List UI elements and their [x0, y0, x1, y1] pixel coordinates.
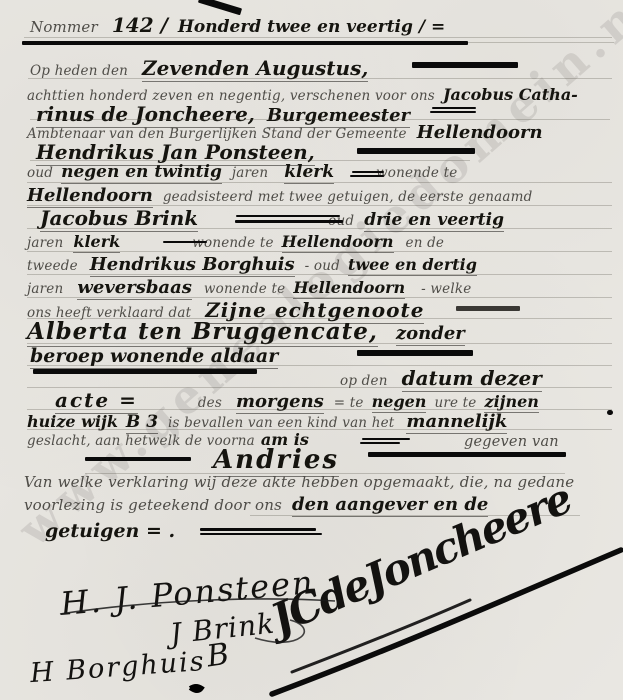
- ruled-line: [28, 78, 612, 79]
- form-text: jaren: [232, 165, 268, 181]
- ink-dash: [350, 175, 384, 177]
- ink-dash: [430, 111, 476, 113]
- form-text: tweede: [27, 258, 78, 274]
- ruled-line: [30, 160, 470, 161]
- witnesses-word: getuigen = .: [45, 520, 175, 543]
- ruled-line: [27, 251, 612, 252]
- label-nommer: Nommer: [30, 18, 98, 36]
- closing-line-3: getuigen = .: [45, 520, 175, 543]
- form-text: wonende te: [192, 235, 273, 251]
- form-text: - welke: [421, 281, 471, 297]
- form-text: gegeven van: [464, 434, 559, 450]
- form-text: wonende te: [376, 165, 457, 181]
- witness2-age: twee en dertig: [348, 255, 477, 276]
- witness1-residence-line: jaren klerk wonende te Hellendoorn en de: [27, 232, 444, 253]
- ink-dash: [362, 438, 410, 440]
- witness1-profession: klerk: [73, 232, 120, 253]
- witness1-residence: Hellendoorn: [282, 232, 394, 253]
- ink-dot: [607, 410, 613, 415]
- ink-bar: [33, 369, 257, 374]
- act-number-line: Nommer 142 / Honderd twee en veertig / =: [30, 13, 445, 38]
- ink-bar: [412, 62, 518, 68]
- ruled-line: [27, 343, 612, 344]
- child-sex: mannelijk: [406, 411, 507, 434]
- closing-line-1: Van welke verklaring wij deze akte hebbe…: [24, 473, 574, 491]
- declarant-age: negen en twintig: [61, 162, 222, 184]
- form-text: Op heden den: [30, 63, 128, 79]
- scanned-birth-certificate: www.genealogiedomein.nl Nommer 142 / Hon…: [0, 0, 623, 700]
- ink-dash: [360, 442, 400, 444]
- signers-phrase: den aangever en de: [292, 494, 488, 517]
- ruled-line: [30, 119, 610, 120]
- declarant-profession: klerk: [284, 162, 334, 184]
- form-text: voorlezing is geteekend door ons: [24, 496, 282, 514]
- ink-dash: [432, 107, 476, 109]
- form-text: jaren: [27, 235, 63, 251]
- ruled-line: [27, 228, 612, 229]
- ink-dash: [163, 241, 207, 243]
- ruled-line: [468, 42, 614, 43]
- given-of-line: gegeven van: [464, 434, 559, 450]
- ink-bar: [200, 528, 316, 531]
- ink-bar: [357, 148, 475, 154]
- ruled-line: [27, 274, 612, 275]
- ink-bar: [368, 452, 566, 457]
- ink-dash: [235, 220, 343, 223]
- ruled-line: [27, 409, 612, 410]
- municipality-name: Hellendoorn: [417, 122, 543, 144]
- ruled-line: [24, 37, 612, 38]
- form-text: oud: [27, 165, 53, 181]
- form-text: geadsisteerd met twee getuigen, de eerst…: [163, 189, 533, 205]
- ruled-line: [27, 182, 612, 183]
- closing-line-2: voorlezing is geteekend door ons den aan…: [24, 494, 488, 517]
- form-text: Van welke verklaring wij deze akte hebbe…: [24, 473, 574, 491]
- ink-bar: [357, 350, 473, 356]
- form-text: en de: [406, 235, 445, 251]
- ink-bar: [456, 306, 520, 311]
- form-text: wonende te: [204, 281, 285, 297]
- witness2-residence: Hellendoorn: [293, 278, 405, 299]
- signature-borghuis: H Borghuis: [29, 646, 206, 689]
- ink-bar: [200, 533, 322, 535]
- form-text: jaren: [27, 281, 63, 297]
- act-number: 142 /: [112, 13, 168, 38]
- signature-brink-flourish: B: [205, 637, 232, 675]
- ink-bar: [85, 457, 191, 461]
- form-text: - oud: [305, 258, 340, 274]
- registrar-name-part1: Jacobus Catha-: [443, 85, 578, 105]
- act-number-words: Honderd twee en veertig / =: [178, 17, 445, 38]
- declarant-age-line: oud negen en twintig jaren klerk wonende…: [27, 162, 457, 184]
- ink-dash: [236, 215, 340, 217]
- ink-dash: [352, 171, 384, 173]
- ink-bar: [22, 41, 468, 45]
